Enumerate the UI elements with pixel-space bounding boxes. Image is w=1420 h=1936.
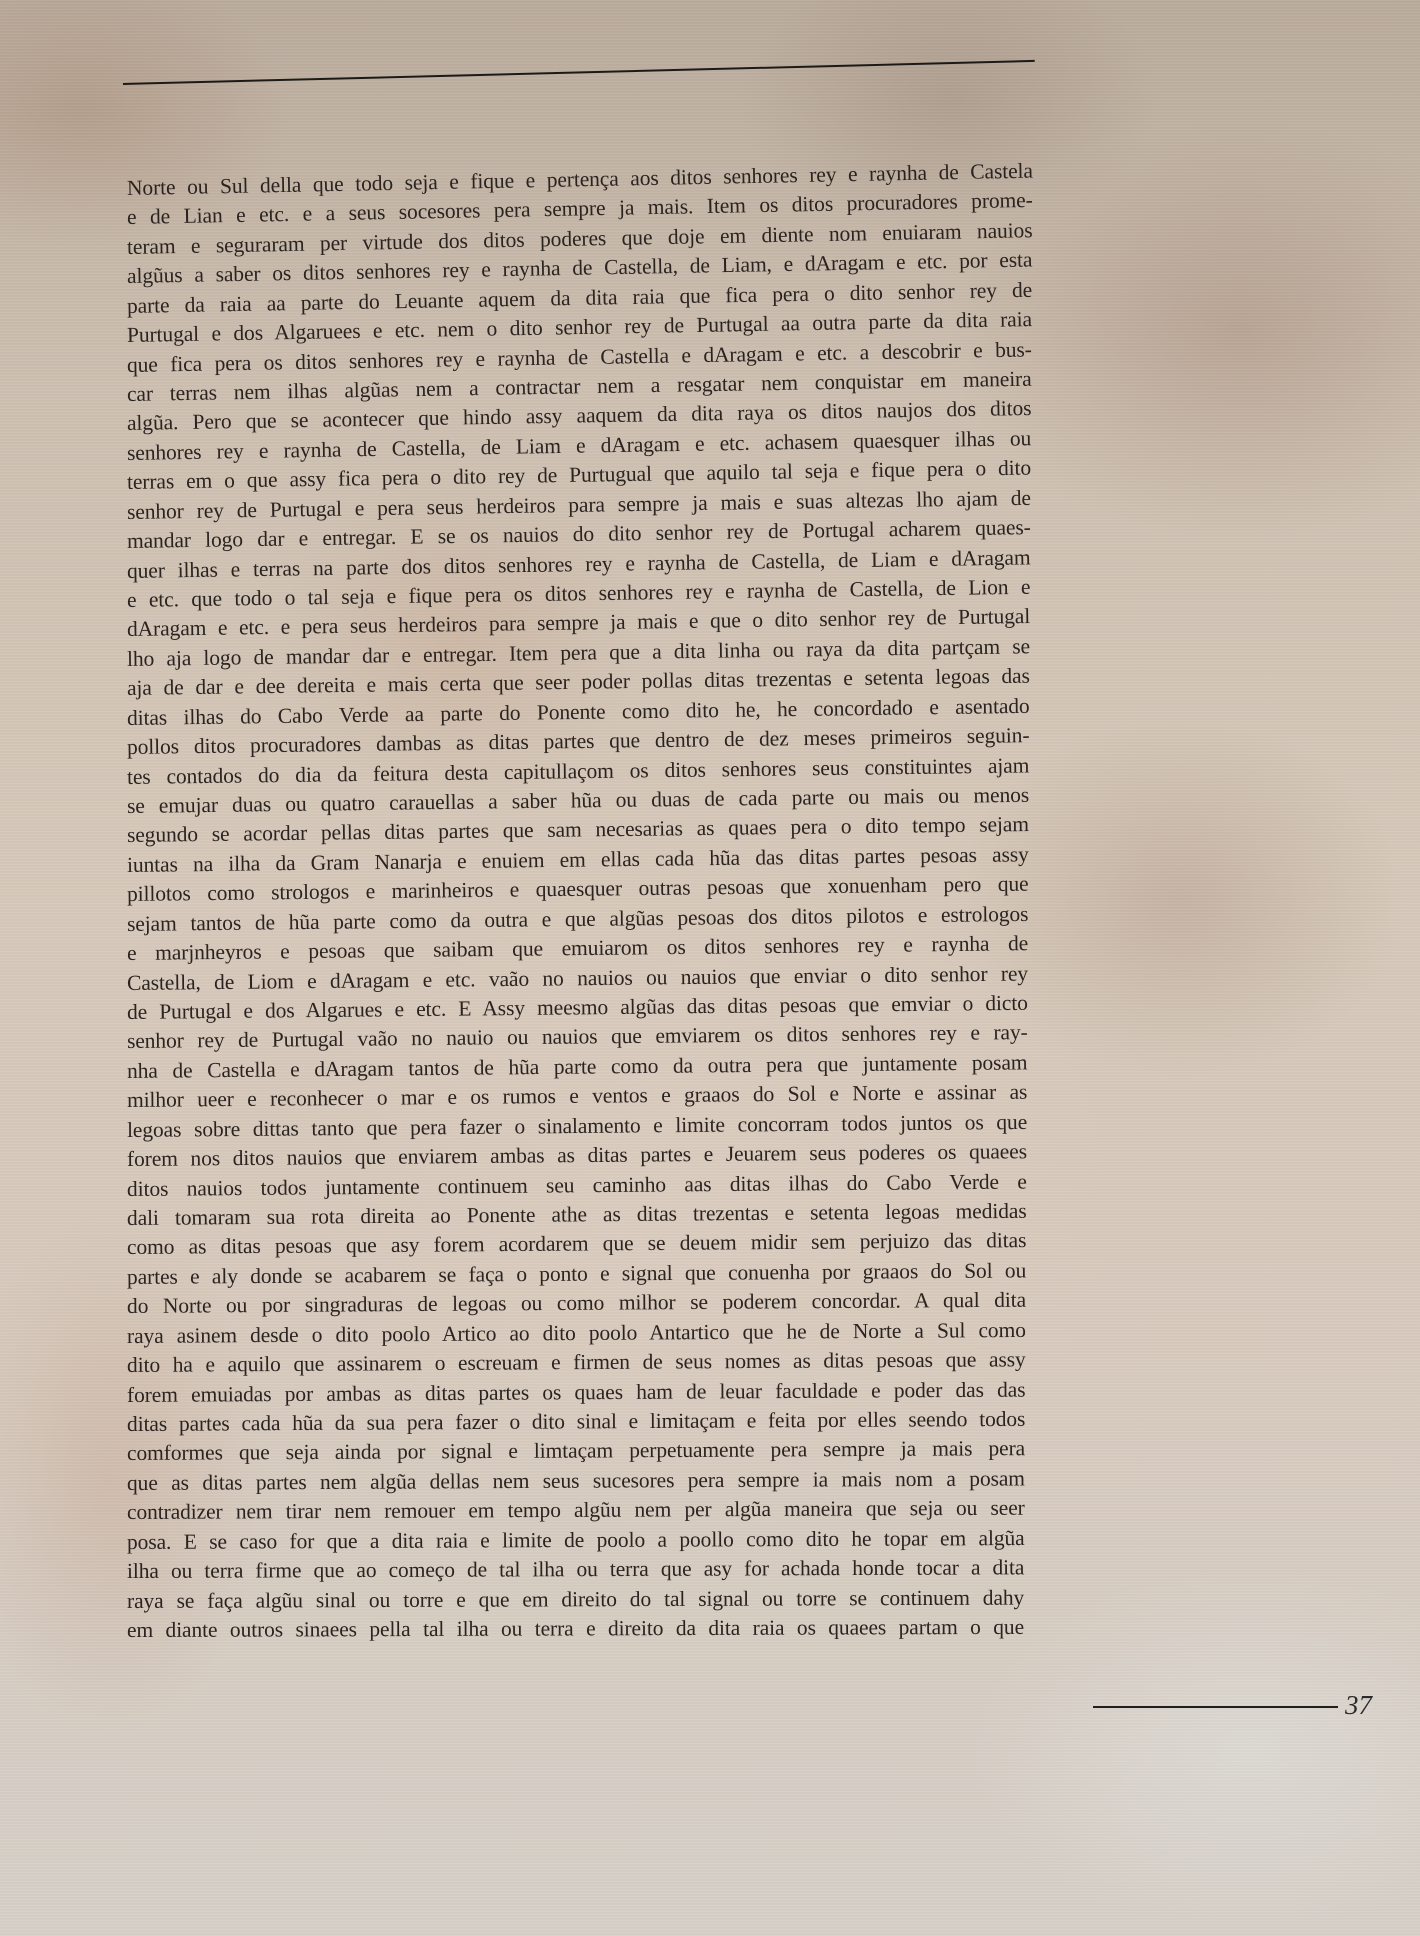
footer-rule (1093, 1706, 1338, 1708)
text-line: forem nos ditos nauios que enviarem amba… (127, 1138, 1027, 1172)
text-line: ditos nauios todos juntamente continuem … (127, 1168, 1027, 1201)
text-line: como as ditas pesoas que asy forem acord… (127, 1228, 1027, 1261)
text-line: contradizer nem tirar nem remouer em tem… (127, 1495, 1025, 1525)
text-line: em diante outros sinaees pella tal ilha … (127, 1614, 1024, 1643)
text-line: dali tomaram sua rota direita ao Ponente… (127, 1198, 1027, 1231)
text-line: senhor rey de Purtugal vaão no nauio ou … (127, 1020, 1028, 1055)
text-line: ilha ou terra firme que ao começo de tal… (127, 1554, 1024, 1584)
text-line: que as ditas partes nem algũa dellas nem… (127, 1465, 1025, 1496)
text-line: raya asinem desde o dito poolo Artico ao… (127, 1317, 1026, 1349)
text-line: forem emuiadas por ambas as ditas partes… (127, 1376, 1026, 1407)
text-line: nha de Castella e dAragam tantos de hũa … (127, 1049, 1028, 1084)
text-line: e marjnheyros e pesoas que saibam que em… (127, 930, 1028, 966)
text-line: legoas sobre dittas tanto que pera fazer… (127, 1109, 1027, 1143)
text-line: dito ha e aquilo que assinarem o escreua… (127, 1346, 1026, 1378)
body-text: Norte ou Sul della que todo seja e fique… (0, 0, 1420, 1936)
text-line: milhor ueer e reconhecer o mar e os rumo… (127, 1079, 1027, 1113)
text-line: ditas partes cada hũa da sua pera fazer … (127, 1406, 1025, 1437)
page-number: 37 (1345, 1690, 1372, 1721)
text-line: posa. E se caso for que a dita raia e li… (127, 1525, 1025, 1555)
text-line: raya se faça algũu sinal ou torre e que … (127, 1584, 1024, 1613)
document-page: Norte ou Sul della que todo seja e fique… (0, 0, 1420, 1936)
text-line: do Norte ou por singraduras de legoas ou… (127, 1287, 1026, 1319)
text-line: comformes que seja ainda por signal e li… (127, 1436, 1025, 1467)
text-line: partes e aly donde se acabarem se faça o… (127, 1257, 1026, 1290)
